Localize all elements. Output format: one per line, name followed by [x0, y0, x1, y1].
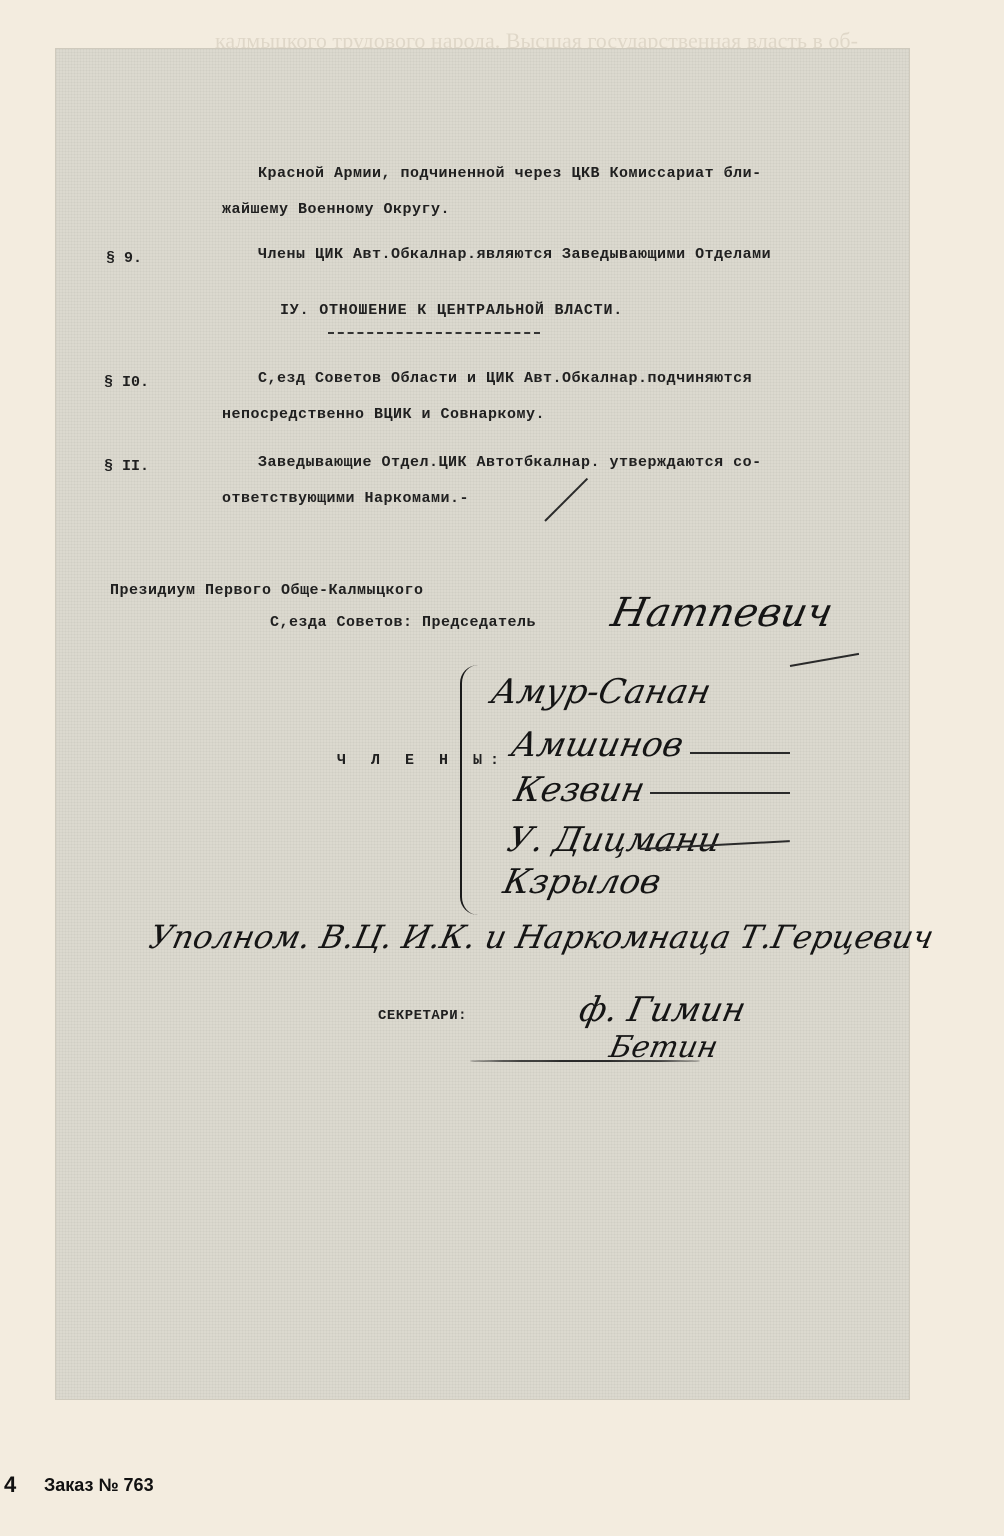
- member-signature: У. Дицмани: [504, 820, 725, 860]
- secretaries-label: СЕКРЕТАРИ:: [378, 1008, 467, 1024]
- section-number: § 9.: [106, 250, 142, 267]
- signature-flourish: [690, 752, 790, 754]
- member-signature: Амур-Санан: [488, 672, 715, 712]
- text-line: Члены ЦИК Авт.Обкалнар.являются Заведыва…: [258, 246, 771, 263]
- text-line: ответствующими Наркомами.-: [222, 490, 469, 507]
- plenipotentiary-signature: Уполном. В.Ц. И.К. и Наркомнаца Т.Герцев…: [146, 918, 937, 956]
- members-brace: [460, 665, 486, 915]
- sheet-number: 4: [4, 1472, 16, 1498]
- section-number: § II.: [104, 458, 149, 475]
- text-line: жайшему Военному Округу.: [222, 201, 450, 218]
- signature-flourish: [470, 1060, 700, 1062]
- presidium-line: С,езда Советов: Председатель: [270, 614, 536, 631]
- order-number: Заказ № 763: [44, 1475, 154, 1496]
- signature-flourish: [650, 792, 790, 794]
- member-signature: Амшинов: [508, 725, 687, 765]
- text-line: С,езд Советов Области и ЦИК Авт.Обкалнар…: [258, 370, 752, 387]
- text-line: Заведывающие Отдел.ЦИК Автотбкалнар. утв…: [258, 454, 762, 471]
- member-signature: Кезвин: [511, 770, 649, 810]
- member-signature: Кзрылов: [500, 862, 665, 902]
- presidium-line: Президиум Первого Обще-Калмыцкого: [110, 582, 424, 599]
- text-line: Красной Армии, подчиненной через ЦКВ Ком…: [258, 165, 762, 182]
- chairman-signature: Hamneвич: [607, 590, 837, 636]
- section-heading: IУ. ОТНОШЕНИЕ К ЦЕНТРАЛЬНОЙ ВЛАСТИ.: [280, 302, 623, 319]
- section-number: § I0.: [104, 374, 149, 391]
- secretary-signature: ф. Гимин: [576, 990, 750, 1030]
- text-line: непосредственно ВЦИК и Совнаркому.: [222, 406, 545, 423]
- heading-underline: [328, 332, 540, 334]
